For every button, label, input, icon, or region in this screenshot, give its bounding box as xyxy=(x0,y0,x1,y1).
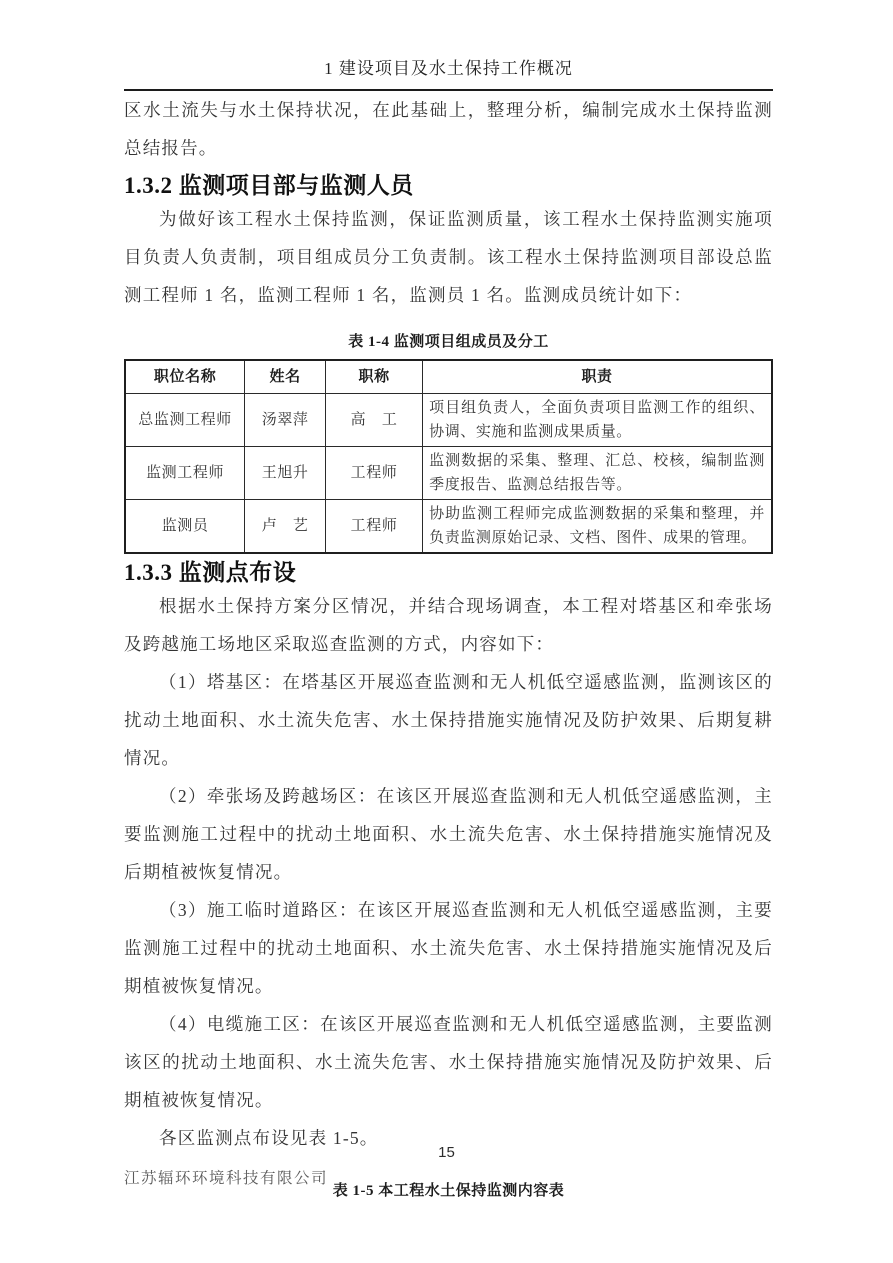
page-header-title: 1 建设项目及水土保持工作概况 xyxy=(124,54,773,79)
document-page: 1 建设项目及水土保持工作概况 区水土流失与水土保持状况，在此基础上，整理分析，… xyxy=(0,0,893,1263)
section-1-3-2-paragraph: 为做好该工程水土保持监测，保证监测质量，该工程水土保持监测实施项目负责人负责制，… xyxy=(124,200,773,314)
section-heading-1-3-2: 1.3.2 监测项目部与监测人员 xyxy=(124,167,773,200)
section-1-3-3-paragraph-0: 根据水土保持方案分区情况，并结合现场调查，本工程对塔基区和牵张场及跨越施工场地区… xyxy=(124,587,773,663)
section-1-3-3-paragraph-4: （4）电缆施工区：在该区开展巡查监测和无人机低空遥感监测，主要监测该区的扰动土地… xyxy=(124,1005,773,1119)
header-position: 职位名称 xyxy=(125,360,245,394)
intro-paragraph: 区水土流失与水土保持状况，在此基础上，整理分析，编制完成水土保持监测总结报告。 xyxy=(124,91,773,167)
cell-title: 工程师 xyxy=(326,447,423,500)
table-header-row: 职位名称 姓名 职称 职责 xyxy=(125,360,772,394)
cell-position: 总监测工程师 xyxy=(125,394,245,447)
section-1-3-3-paragraph-2: （2）牵张场及跨越场区：在该区开展巡查监测和无人机低空遥感监测，主要监测施工过程… xyxy=(124,777,773,891)
section-heading-1-3-3: 1.3.3 监测点布设 xyxy=(124,554,773,587)
header-name: 姓名 xyxy=(245,360,326,394)
section-1-3-3-paragraph-1: （1）塔基区：在塔基区开展巡查监测和无人机低空遥感监测，监测该区的扰动土地面积、… xyxy=(124,663,773,777)
page-header: 1 建设项目及水土保持工作概况 xyxy=(124,0,773,91)
cell-position: 监测工程师 xyxy=(125,447,245,500)
table-row: 监测工程师 王旭升 工程师 监测数据的采集、整理、汇总、校核，编制监测季度报告、… xyxy=(125,447,772,500)
cell-position: 监测员 xyxy=(125,500,245,554)
cell-duty: 监测数据的采集、整理、汇总、校核，编制监测季度报告、监测总结报告等。 xyxy=(423,447,772,500)
header-duty: 职责 xyxy=(423,360,772,394)
cell-name: 王旭升 xyxy=(245,447,326,500)
table-row: 总监测工程师 汤翠萍 高 工 项目组负责人，全面负责项目监测工作的组织、协调、实… xyxy=(125,394,772,447)
cell-title: 工程师 xyxy=(326,500,423,554)
header-title: 职称 xyxy=(326,360,423,394)
footer-company-name: 江苏辐环环境科技有限公司 xyxy=(124,1166,328,1188)
page-number: 15 xyxy=(0,1144,893,1161)
section-1-3-3-paragraph-3: （3）施工临时道路区：在该区开展巡查监测和无人机低空遥感监测，主要监测施工过程中… xyxy=(124,891,773,1005)
cell-name: 汤翠萍 xyxy=(245,394,326,447)
page-content: 1 建设项目及水土保持工作概况 区水土流失与水土保持状况，在此基础上，整理分析，… xyxy=(124,0,773,1208)
cell-duty: 项目组负责人，全面负责项目监测工作的组织、协调、实施和监测成果质量。 xyxy=(423,394,772,447)
table-row: 监测员 卢 艺 工程师 协助监测工程师完成监测数据的采集和整理，并负责监测原始记… xyxy=(125,500,772,554)
cell-duty: 协助监测工程师完成监测数据的采集和整理，并负责监测原始记录、文档、图件、成果的管… xyxy=(423,500,772,554)
cell-title: 高 工 xyxy=(326,394,423,447)
table-1-4-caption: 表 1-4 监测项目组成员及分工 xyxy=(124,330,773,351)
cell-name: 卢 艺 xyxy=(245,500,326,554)
members-table: 职位名称 姓名 职称 职责 总监测工程师 汤翠萍 高 工 项目组负责人，全面负责… xyxy=(124,359,773,554)
